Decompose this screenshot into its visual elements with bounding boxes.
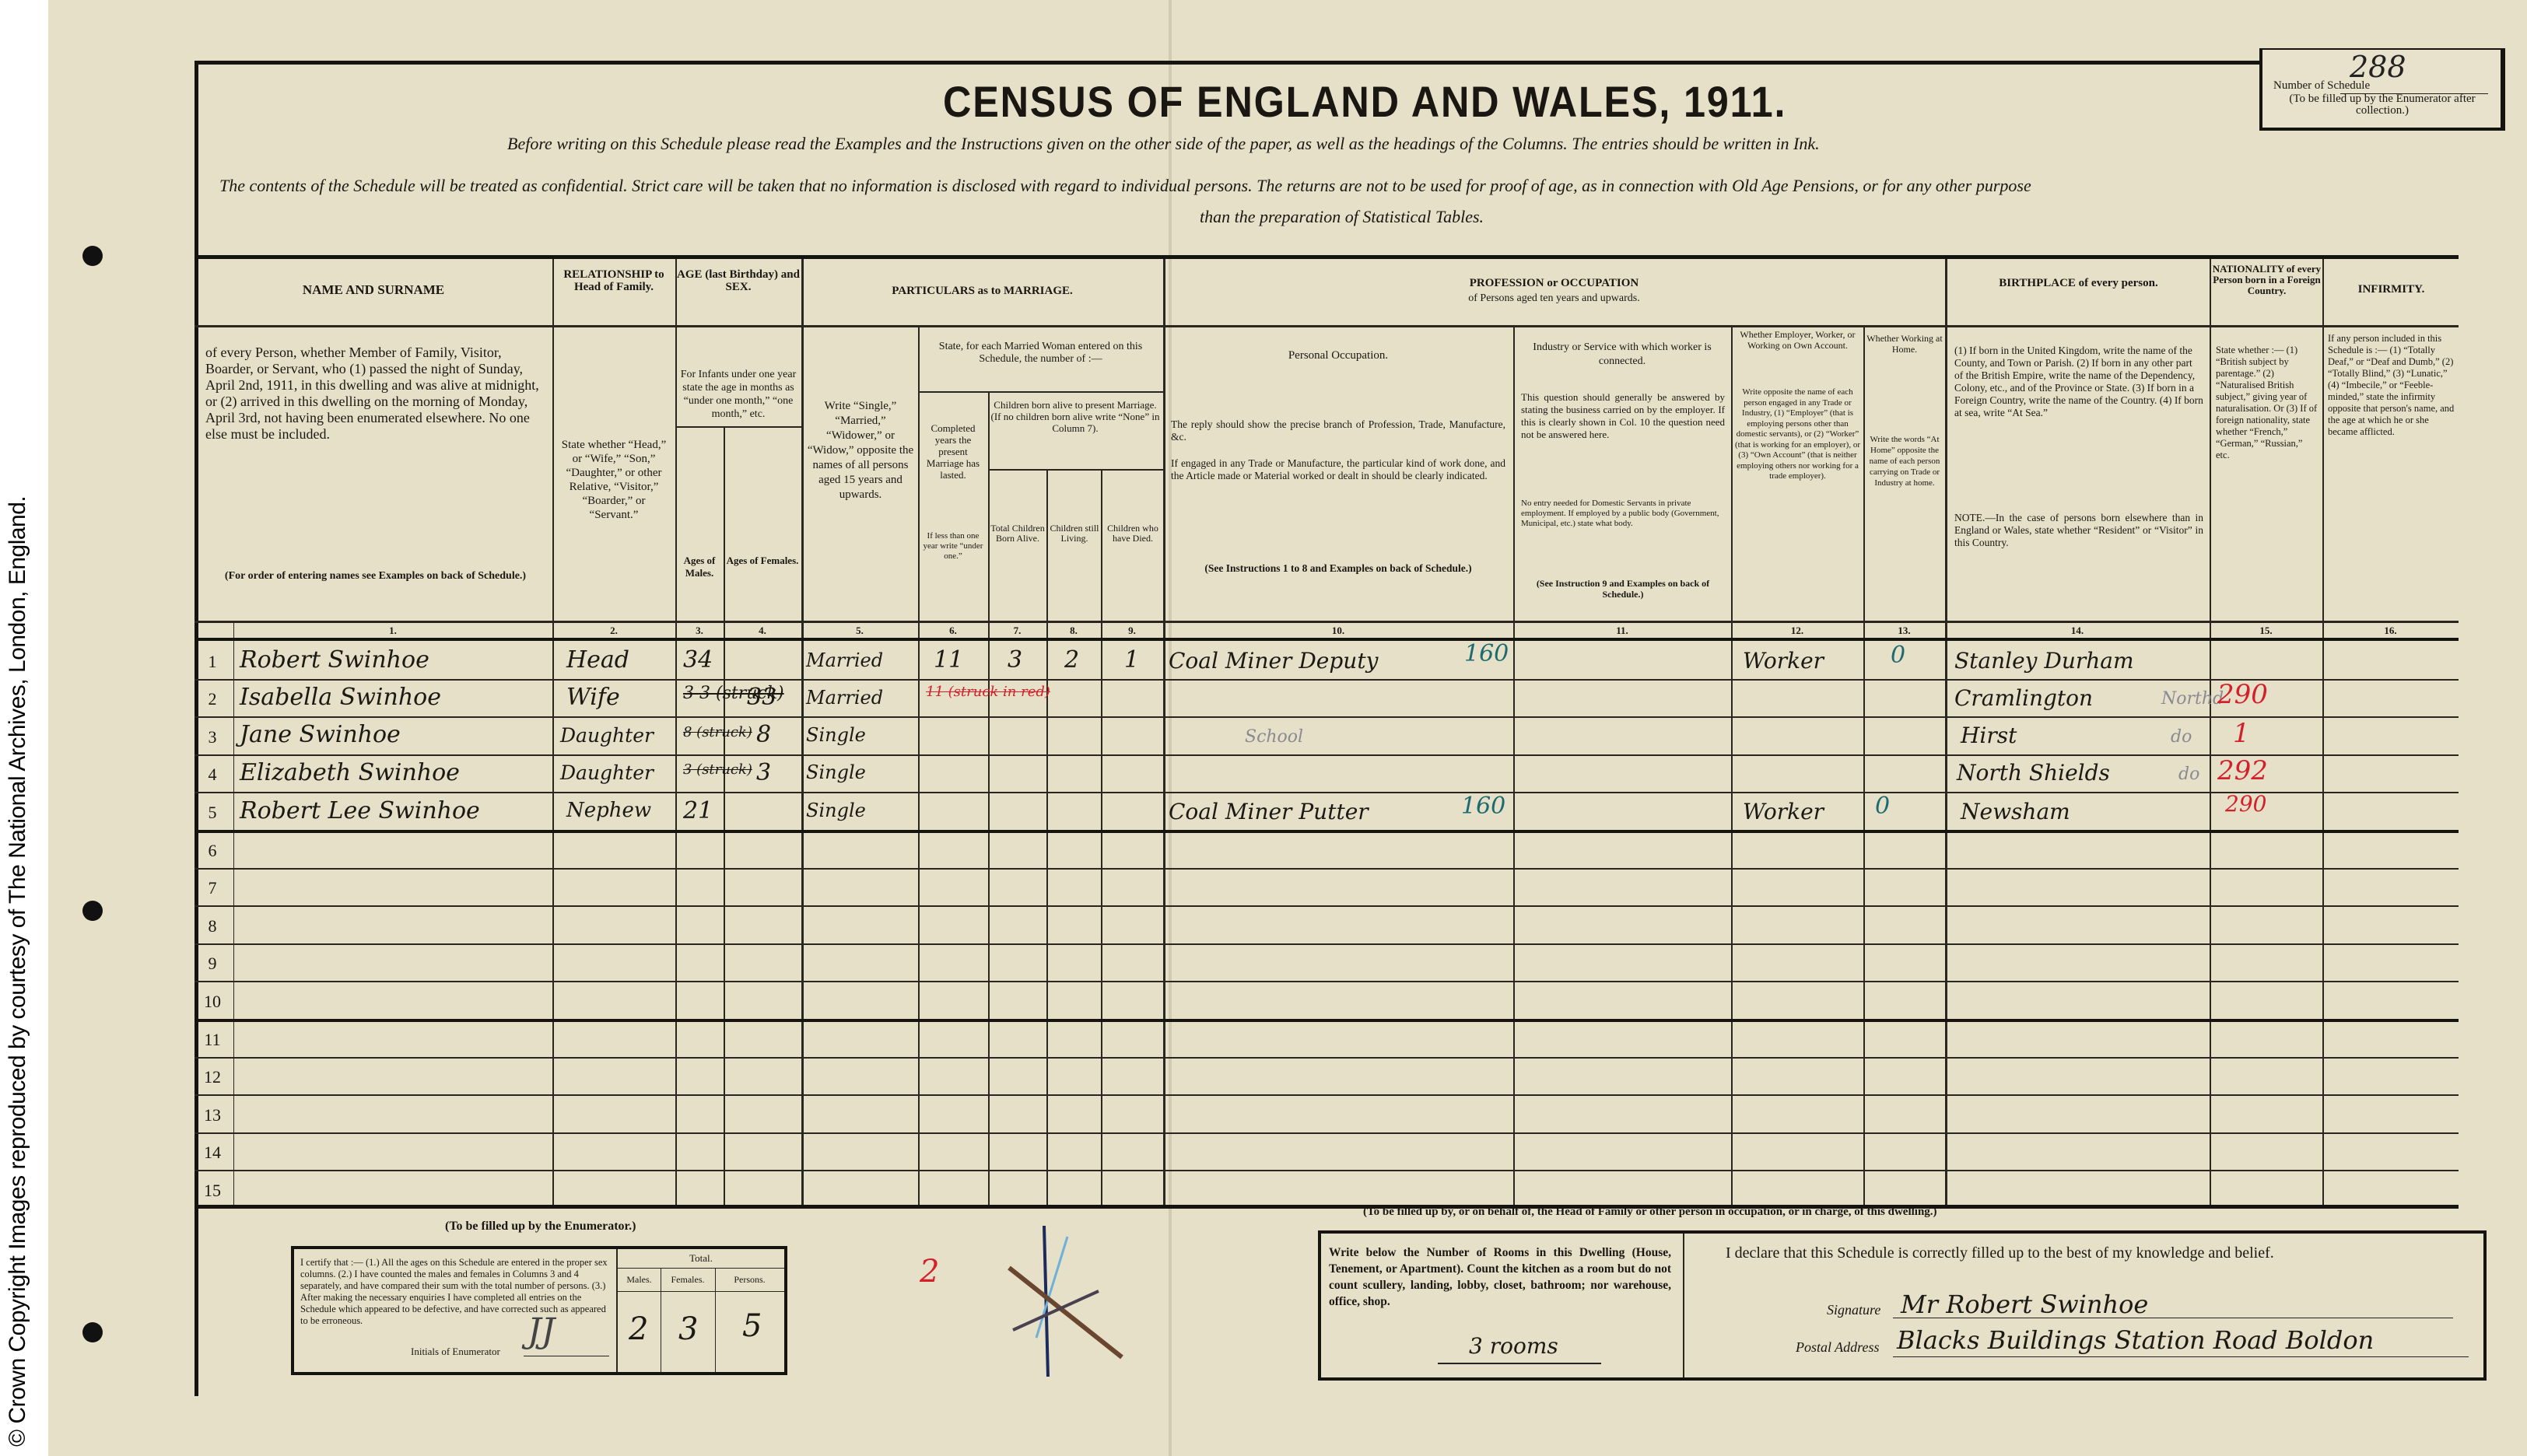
row-number: 15 <box>196 1181 229 1201</box>
schedule-number-note: (To be filled up by the Enumerator after… <box>2273 93 2491 117</box>
header-home-body: Write the words “At Home” opposite the n… <box>1866 434 1943 488</box>
header-birthplace-body: (1) If born in the United Kingdom, write… <box>1954 345 2203 419</box>
header-infirmity: INFIRMITY. <box>2324 282 2459 297</box>
cell-home-code: 0 <box>1891 642 1905 669</box>
total-males[interactable]: 2 <box>629 1311 648 1347</box>
persons-label: Persons. <box>715 1274 784 1286</box>
column-number: 15. <box>2210 625 2322 637</box>
column-number: 8. <box>1046 625 1101 637</box>
cell-age-male[interactable]: 34 <box>683 646 713 674</box>
column-number: 10. <box>1163 625 1513 637</box>
column-number: 3. <box>675 625 724 637</box>
header-birthplace: BIRTHPLACE of every person. <box>1947 276 2210 291</box>
header-personal-occupation: Personal Occupation. <box>1163 348 1513 362</box>
column-number: 2. <box>552 625 675 637</box>
schedule-number-value[interactable]: 288 <box>2350 50 2406 84</box>
row-number: 2 <box>196 689 229 709</box>
header-occupation-subtitle: of Persons aged ten years and upwards. <box>1163 292 1945 306</box>
header-industry-body: This question should generally be answer… <box>1521 391 1725 441</box>
signature-label: Signature <box>1827 1302 1880 1318</box>
header-employer: Whether Employer, Worker, or Working on … <box>1733 329 1862 351</box>
header-children-died: Children who have Died. <box>1102 523 1163 544</box>
row-number: 11 <box>196 1030 229 1050</box>
cell-age-female[interactable]: 33 <box>747 684 776 711</box>
cell-birthplace[interactable]: Hirst <box>1961 723 2017 748</box>
header-children: Children born alive to present Marriage.… <box>990 399 1161 434</box>
header-personal-body-2: If engaged in any Trade or Manufacture, … <box>1171 457 1505 482</box>
punch-hole <box>82 901 103 921</box>
cell-home-code: 0 <box>1875 793 1890 820</box>
household-table: NAME AND SURNAME of every Person, whethe… <box>195 255 2459 1208</box>
column-number: 6. <box>918 625 988 637</box>
address-value[interactable]: Blacks Buildings Station Road Boldon <box>1897 1325 2374 1355</box>
column-number: 12. <box>1731 625 1863 637</box>
header-nationality-body: State whether :— (1) “British subject by… <box>2216 345 2318 461</box>
header-marriage-state: State, for each Married Woman entered on… <box>922 341 1159 366</box>
header-relationship-body: State whether “Head,” or “Wife,” “Son,” … <box>557 438 671 522</box>
cell-relationship[interactable]: Wife <box>566 684 620 711</box>
column-number: 11. <box>1513 625 1731 637</box>
cell-occupation[interactable]: School <box>1245 727 1303 747</box>
females-label: Females. <box>661 1274 715 1286</box>
cross-mark-icon <box>990 1221 1145 1377</box>
row-number: 6 <box>196 841 229 861</box>
cell-employer[interactable]: Worker <box>1743 648 1824 674</box>
cell-nationality-code: 290 <box>2225 791 2266 817</box>
row-number: 13 <box>196 1105 229 1125</box>
column-number: 9. <box>1101 625 1163 637</box>
cell-age-male-struck: 3 (struck) <box>683 761 752 778</box>
address-label: Postal Address <box>1796 1339 1880 1356</box>
column-number: 1. <box>233 625 552 637</box>
cell-name[interactable]: Jane Swinhoe <box>240 721 401 748</box>
header-occupation: PROFESSION or OCCUPATION <box>1163 276 1945 291</box>
total-females[interactable]: 3 <box>678 1311 698 1347</box>
row-number: 4 <box>196 765 229 785</box>
red-annotation: 2 <box>920 1254 939 1290</box>
header-age-males: Ages of Males. <box>675 555 724 579</box>
row-number: 12 <box>196 1067 229 1087</box>
cell-relationship[interactable]: Head <box>566 646 629 674</box>
cell-age-female[interactable]: 3 <box>756 759 771 786</box>
header-personal-note: (See Instructions 1 to 8 and Examples on… <box>1171 562 1505 575</box>
row-number: 3 <box>196 727 229 747</box>
header-marriage-completed: Completed years the present Marriage has… <box>920 422 987 481</box>
cell-years-married[interactable]: 11 <box>934 646 963 674</box>
cell-occupation-code: 160 <box>1464 640 1509 667</box>
declaration-text: I declare that this Schedule is correctl… <box>1726 1244 2274 1262</box>
header-age-females: Ages of Females. <box>724 555 801 567</box>
rooms-instructions: Write below the Number of Rooms in this … <box>1329 1244 1671 1310</box>
cell-birthplace[interactable]: Cramlington <box>1954 685 2093 711</box>
intro-line-1: Before writing on this Schedule please r… <box>507 134 1820 154</box>
header-relationship: RELATIONSHIP to Head of Family. <box>552 268 675 293</box>
header-industry: Industry or Service with which worker is… <box>1517 341 1727 369</box>
intro-line-3: than the preparation of Statistical Tabl… <box>1200 207 1484 227</box>
cell-nationality-code: 290 <box>2217 679 2268 710</box>
cell-relationship[interactable]: Daughter <box>560 724 654 747</box>
cell-birthplace-note: do <box>2171 727 2192 747</box>
column-number: 5. <box>801 625 918 637</box>
column-number: 4. <box>724 625 801 637</box>
cell-occupation[interactable]: Coal Miner Deputy <box>1169 648 1378 674</box>
census-schedule: CENSUS OF ENGLAND AND WALES, 1911. Befor… <box>48 0 2527 1456</box>
cell-marital[interactable]: Single <box>806 724 866 746</box>
document-title: CENSUS OF ENGLAND AND WALES, 1911. <box>943 76 1786 127</box>
cell-occupation-code: 160 <box>1461 793 1505 820</box>
header-name-body: of every Person, whether Member of Famil… <box>205 345 548 443</box>
enumerator-section-title: (To be filled up by the Enumerator.) <box>445 1220 636 1234</box>
cell-name[interactable]: Isabella Swinhoe <box>240 684 441 711</box>
initials-line <box>524 1356 609 1356</box>
row-number: 5 <box>196 803 229 823</box>
row-number: 9 <box>196 954 229 974</box>
row-number: 7 <box>196 878 229 898</box>
header-employer-body: Write opposite the name of each person e… <box>1733 387 1862 482</box>
cell-name[interactable]: Robert Lee Swinhoe <box>240 797 480 824</box>
header-name-note: (For order of entering names see Example… <box>202 570 549 583</box>
cell-age-male[interactable]: 21 <box>683 797 713 824</box>
householder-box: Write below the Number of Rooms in this … <box>1318 1230 2487 1381</box>
cell-relationship[interactable]: Daughter <box>560 761 654 784</box>
cell-born-alive[interactable]: 3 <box>1008 646 1022 674</box>
cell-birthplace[interactable]: Stanley Durham <box>1954 648 2134 674</box>
cell-marital[interactable]: Single <box>806 761 866 783</box>
header-industry-body-2: No entry needed for Domestic Servants in… <box>1521 499 1725 529</box>
punch-hole <box>82 246 103 266</box>
cell-employer[interactable]: Worker <box>1743 799 1824 824</box>
row-number: 14 <box>196 1143 229 1163</box>
cell-age-female[interactable]: 8 <box>756 721 771 748</box>
row-number: 10 <box>196 992 229 1012</box>
cell-relationship[interactable]: Nephew <box>566 799 651 822</box>
cell-occupation[interactable]: Coal Miner Putter <box>1169 799 1369 824</box>
cell-marital[interactable]: Single <box>806 800 866 821</box>
copyright-text: © Crown Copyright Images reproduced by c… <box>5 496 31 1447</box>
cell-birthplace[interactable]: Newsham <box>1961 799 2070 824</box>
cell-marital[interactable]: Married <box>806 687 883 709</box>
header-personal-body-1: The reply should show the precise branch… <box>1171 418 1505 443</box>
column-number: 16. <box>2322 625 2459 637</box>
header-nationality: NATIONALITY of every Person born in a Fo… <box>2211 264 2322 296</box>
copyright-strip: © Crown Copyright Images reproduced by c… <box>0 0 48 1456</box>
enumerator-certificate-box: I certify that :— (1.) All the ages on t… <box>291 1246 787 1375</box>
punch-hole <box>82 1322 103 1342</box>
header-marriage-completed-note: If less than one year write “under one.” <box>920 531 987 562</box>
cell-name[interactable]: Robert Swinhoe <box>240 646 429 674</box>
cell-nationality-code: 292 <box>2217 755 2268 786</box>
column-number: 7. <box>988 625 1046 637</box>
header-children-total: Total Children Born Alive. <box>990 523 1046 544</box>
total-persons[interactable]: 5 <box>742 1308 762 1344</box>
intro-line-2: The contents of the Schedule will be tre… <box>219 176 2031 196</box>
enumerator-certify-text: I certify that :— (1.) All the ages on t… <box>300 1257 612 1327</box>
schedule-number-box: Number of Schedule 288 (To be filled up … <box>2259 48 2505 131</box>
header-age-body: For Infants under one year state the age… <box>677 368 800 421</box>
cell-age-male-struck: 8 (struck) <box>683 724 752 740</box>
initials-value[interactable]: JJ <box>527 1311 555 1351</box>
cell-marital[interactable]: Married <box>806 649 883 671</box>
header-marriage: PARTICULARS as to MARRIAGE. <box>801 284 1163 299</box>
cell-birthplace-note: Northd <box>2161 689 2224 709</box>
cell-birthplace[interactable]: North Shields <box>1957 760 2110 786</box>
cell-years-married-struck: 11 (struck in red) <box>926 684 1050 700</box>
header-marriage-write: Write “Single,” “Married,” “Widower,” or… <box>806 399 915 502</box>
header-age: AGE (last Birthday) and SEX. <box>675 268 801 293</box>
header-children-living: Children still Living. <box>1048 523 1101 544</box>
cell-died[interactable]: 1 <box>1124 646 1139 674</box>
cell-living[interactable]: 2 <box>1064 646 1079 674</box>
column-number: 13. <box>1863 625 1945 637</box>
column-number: 14. <box>1945 625 2210 637</box>
header-home: Whether Working at Home. <box>1866 333 1943 355</box>
header-industry-note: (See Instruction 9 and Examples on back … <box>1521 578 1725 600</box>
cell-nationality-code: 1 <box>2233 718 2250 749</box>
header-birthplace-note: NOTE.—In the case of persons born elsewh… <box>1954 512 2203 549</box>
row-number: 8 <box>196 916 229 936</box>
rooms-value[interactable]: 3 rooms <box>1469 1333 1558 1359</box>
signature-value[interactable]: Mr Robert Swinhoe <box>1901 1290 2148 1319</box>
total-label: Total. <box>618 1252 784 1265</box>
header-infirmity-body: If any person included in this Schedule … <box>2328 333 2455 438</box>
header-name: NAME AND SURNAME <box>195 282 552 297</box>
cell-name[interactable]: Elizabeth Swinhoe <box>240 759 460 786</box>
initials-label: Initials of Enumerator <box>411 1346 500 1358</box>
row-number: 1 <box>196 652 229 672</box>
males-label: Males. <box>618 1274 661 1286</box>
cell-birthplace-note: do <box>2178 765 2199 784</box>
householder-section-title: (To be filled up by, or on behalf of, th… <box>1363 1206 1937 1219</box>
